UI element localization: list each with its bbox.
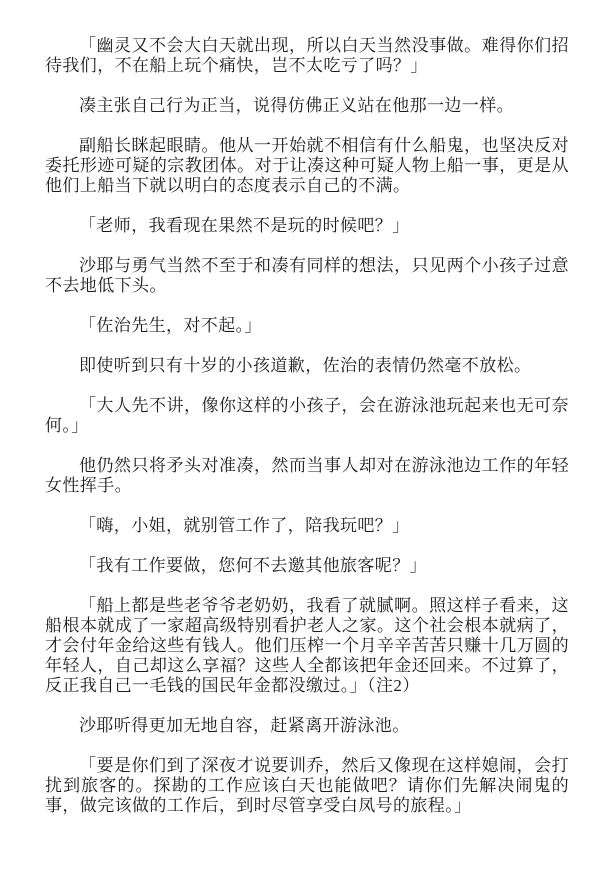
paragraph: 「船上都是些老爷爷老奶奶，我看了就腻啊。照这样子看来，这船根本就成了一家超高级特… <box>45 596 569 696</box>
paragraph: 「佐治先生，对不起。」 <box>45 316 569 336</box>
paragraph: 「大人先不讲，像你这样的小孩子，会在游泳池玩起来也无可奈何。」 <box>45 396 569 436</box>
book-page: 「幽灵又不会大白天就出现，所以白天当然没事做。难得你们招待我们，不在船上玩个痛快… <box>0 0 613 869</box>
paragraph: 「嗨，小姐，就别管工作了，陪我玩吧？」 <box>45 516 569 536</box>
paragraph: 「我有工作要做，您何不去邀其他旅客呢？」 <box>45 556 569 576</box>
paragraph: 「幽灵又不会大白天就出现，所以白天当然没事做。难得你们招待我们，不在船上玩个痛快… <box>45 36 569 76</box>
paragraph: 凑主张自己行为正当，说得仿佛正义站在他那一边一样。 <box>45 96 569 116</box>
paragraph: 「老师，我看现在果然不是玩的时候吧？」 <box>45 216 569 236</box>
paragraph: 副船长眯起眼睛。他从一开始就不相信有什么船鬼，也坚决反对委托形迹可疑的宗教团体。… <box>45 136 569 196</box>
paragraph: 「要是你们到了深夜才说要训乔，然后又像现在这样媳闹，会打扰到旅客的。探勘的工作应… <box>45 756 569 816</box>
paragraph: 沙耶听得更加无地自容，赶紧离开游泳池。 <box>45 716 569 736</box>
paragraph: 沙耶与勇气当然不至于和凑有同样的想法，只见两个小孩子过意不去地低下头。 <box>45 256 569 296</box>
paragraph: 他仍然只将矛头对准凑，然而当事人却对在游泳池边工作的年轻女性挥手。 <box>45 456 569 496</box>
paragraph: 即使听到只有十岁的小孩道歉，佐治的表情仍然毫不放松。 <box>45 356 569 376</box>
text-content: 「幽灵又不会大白天就出现，所以白天当然没事做。难得你们招待我们，不在船上玩个痛快… <box>45 36 569 816</box>
